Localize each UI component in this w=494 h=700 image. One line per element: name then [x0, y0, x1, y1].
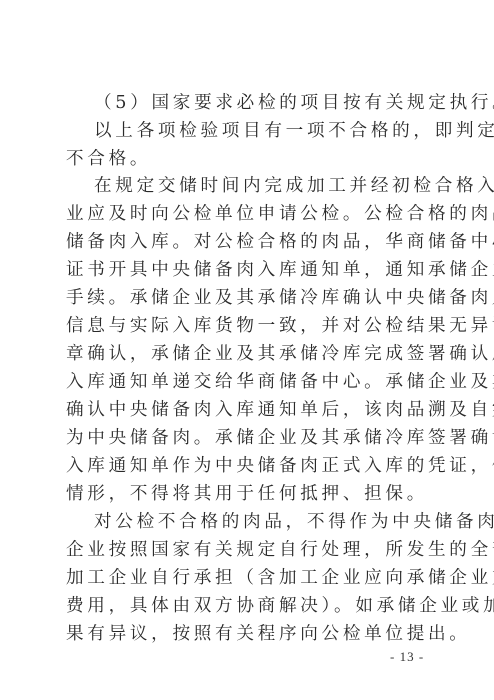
paragraph-line: 确认中央储备肉入库通知单后，该肉品溯及自实际入库之日转 [66, 399, 428, 421]
paragraph-line: 业应及时向公检单位申请公检。公检合格的肉品方可作为中央 [66, 203, 428, 225]
paragraph-line: 不合格。 [66, 148, 428, 170]
paragraph-line: 入库通知单作为中央储备肉正式入库的凭证，但无论出于任何 [66, 455, 428, 477]
paragraph-line: 手续。承储企业及其承储冷库确认中央储备肉入库通知单所载 [66, 287, 428, 309]
paragraph-line: 以上各项检验项目有一项不合格的，即判定该批肉品公检 [94, 120, 428, 142]
paragraph-line: 储备肉入库。对公检合格的肉品，华商储备中心根据公检合格 [66, 231, 428, 253]
document-page: （5）国家要求必检的项目按有关规定执行。 以上各项检验项目有一项不合格的，即判定… [0, 0, 494, 700]
paragraph-line: 费用，具体由双方协商解决）。如承储企业或加工企业对公检结 [66, 595, 428, 617]
page-number: - 13 - [390, 649, 424, 665]
paragraph-line: 信息与实际入库货物一致，并对公检结果无异议后进行签字盖 [66, 315, 428, 337]
paragraph-line: 证书开具中央储备肉入库通知单，通知承储企业办理正式入库 [66, 259, 428, 281]
paragraph-line: 情形，不得将其用于任何抵押、担保。 [66, 483, 428, 505]
paragraph-line: 对公检不合格的肉品，不得作为中央储备肉入库，由加工 [94, 511, 428, 533]
paragraph-line: 企业按照国家有关规定自行处理，所发生的全部费用和损失由 [66, 539, 428, 561]
paragraph-line: 在规定交储时间内完成加工并经初检合格入库后，承储企 [94, 175, 428, 197]
paragraph-line: 入库通知单递交给华商储备中心。承储企业及其承储冷库签署 [66, 371, 428, 393]
paragraph-line-item5: （5）国家要求必检的项目按有关规定执行。 [94, 92, 428, 114]
paragraph-line: 为中央储备肉。承储企业及其承储冷库签署确认的中央储备肉 [66, 427, 428, 449]
paragraph-line: 加工企业自行承担（含加工企业应向承储企业支付的冷藏费等 [66, 567, 428, 589]
paragraph-line: 果有异议，按照有关程序向公检单位提出。 [66, 623, 428, 645]
paragraph-line: 章确认，承储企业及其承储冷库完成签署确认后将中央储备肉 [66, 343, 428, 365]
